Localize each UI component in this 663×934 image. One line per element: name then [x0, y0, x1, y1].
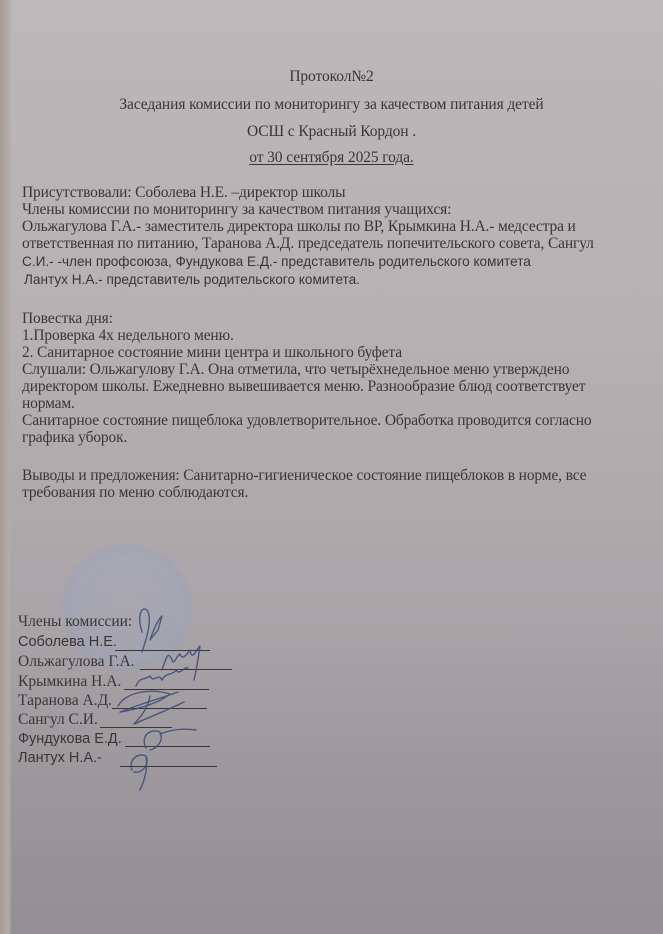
- handwritten-signatures: [0, 0, 663, 934]
- protocol-document: Протокол№2 Заседания комиссии по монитор…: [0, 0, 663, 934]
